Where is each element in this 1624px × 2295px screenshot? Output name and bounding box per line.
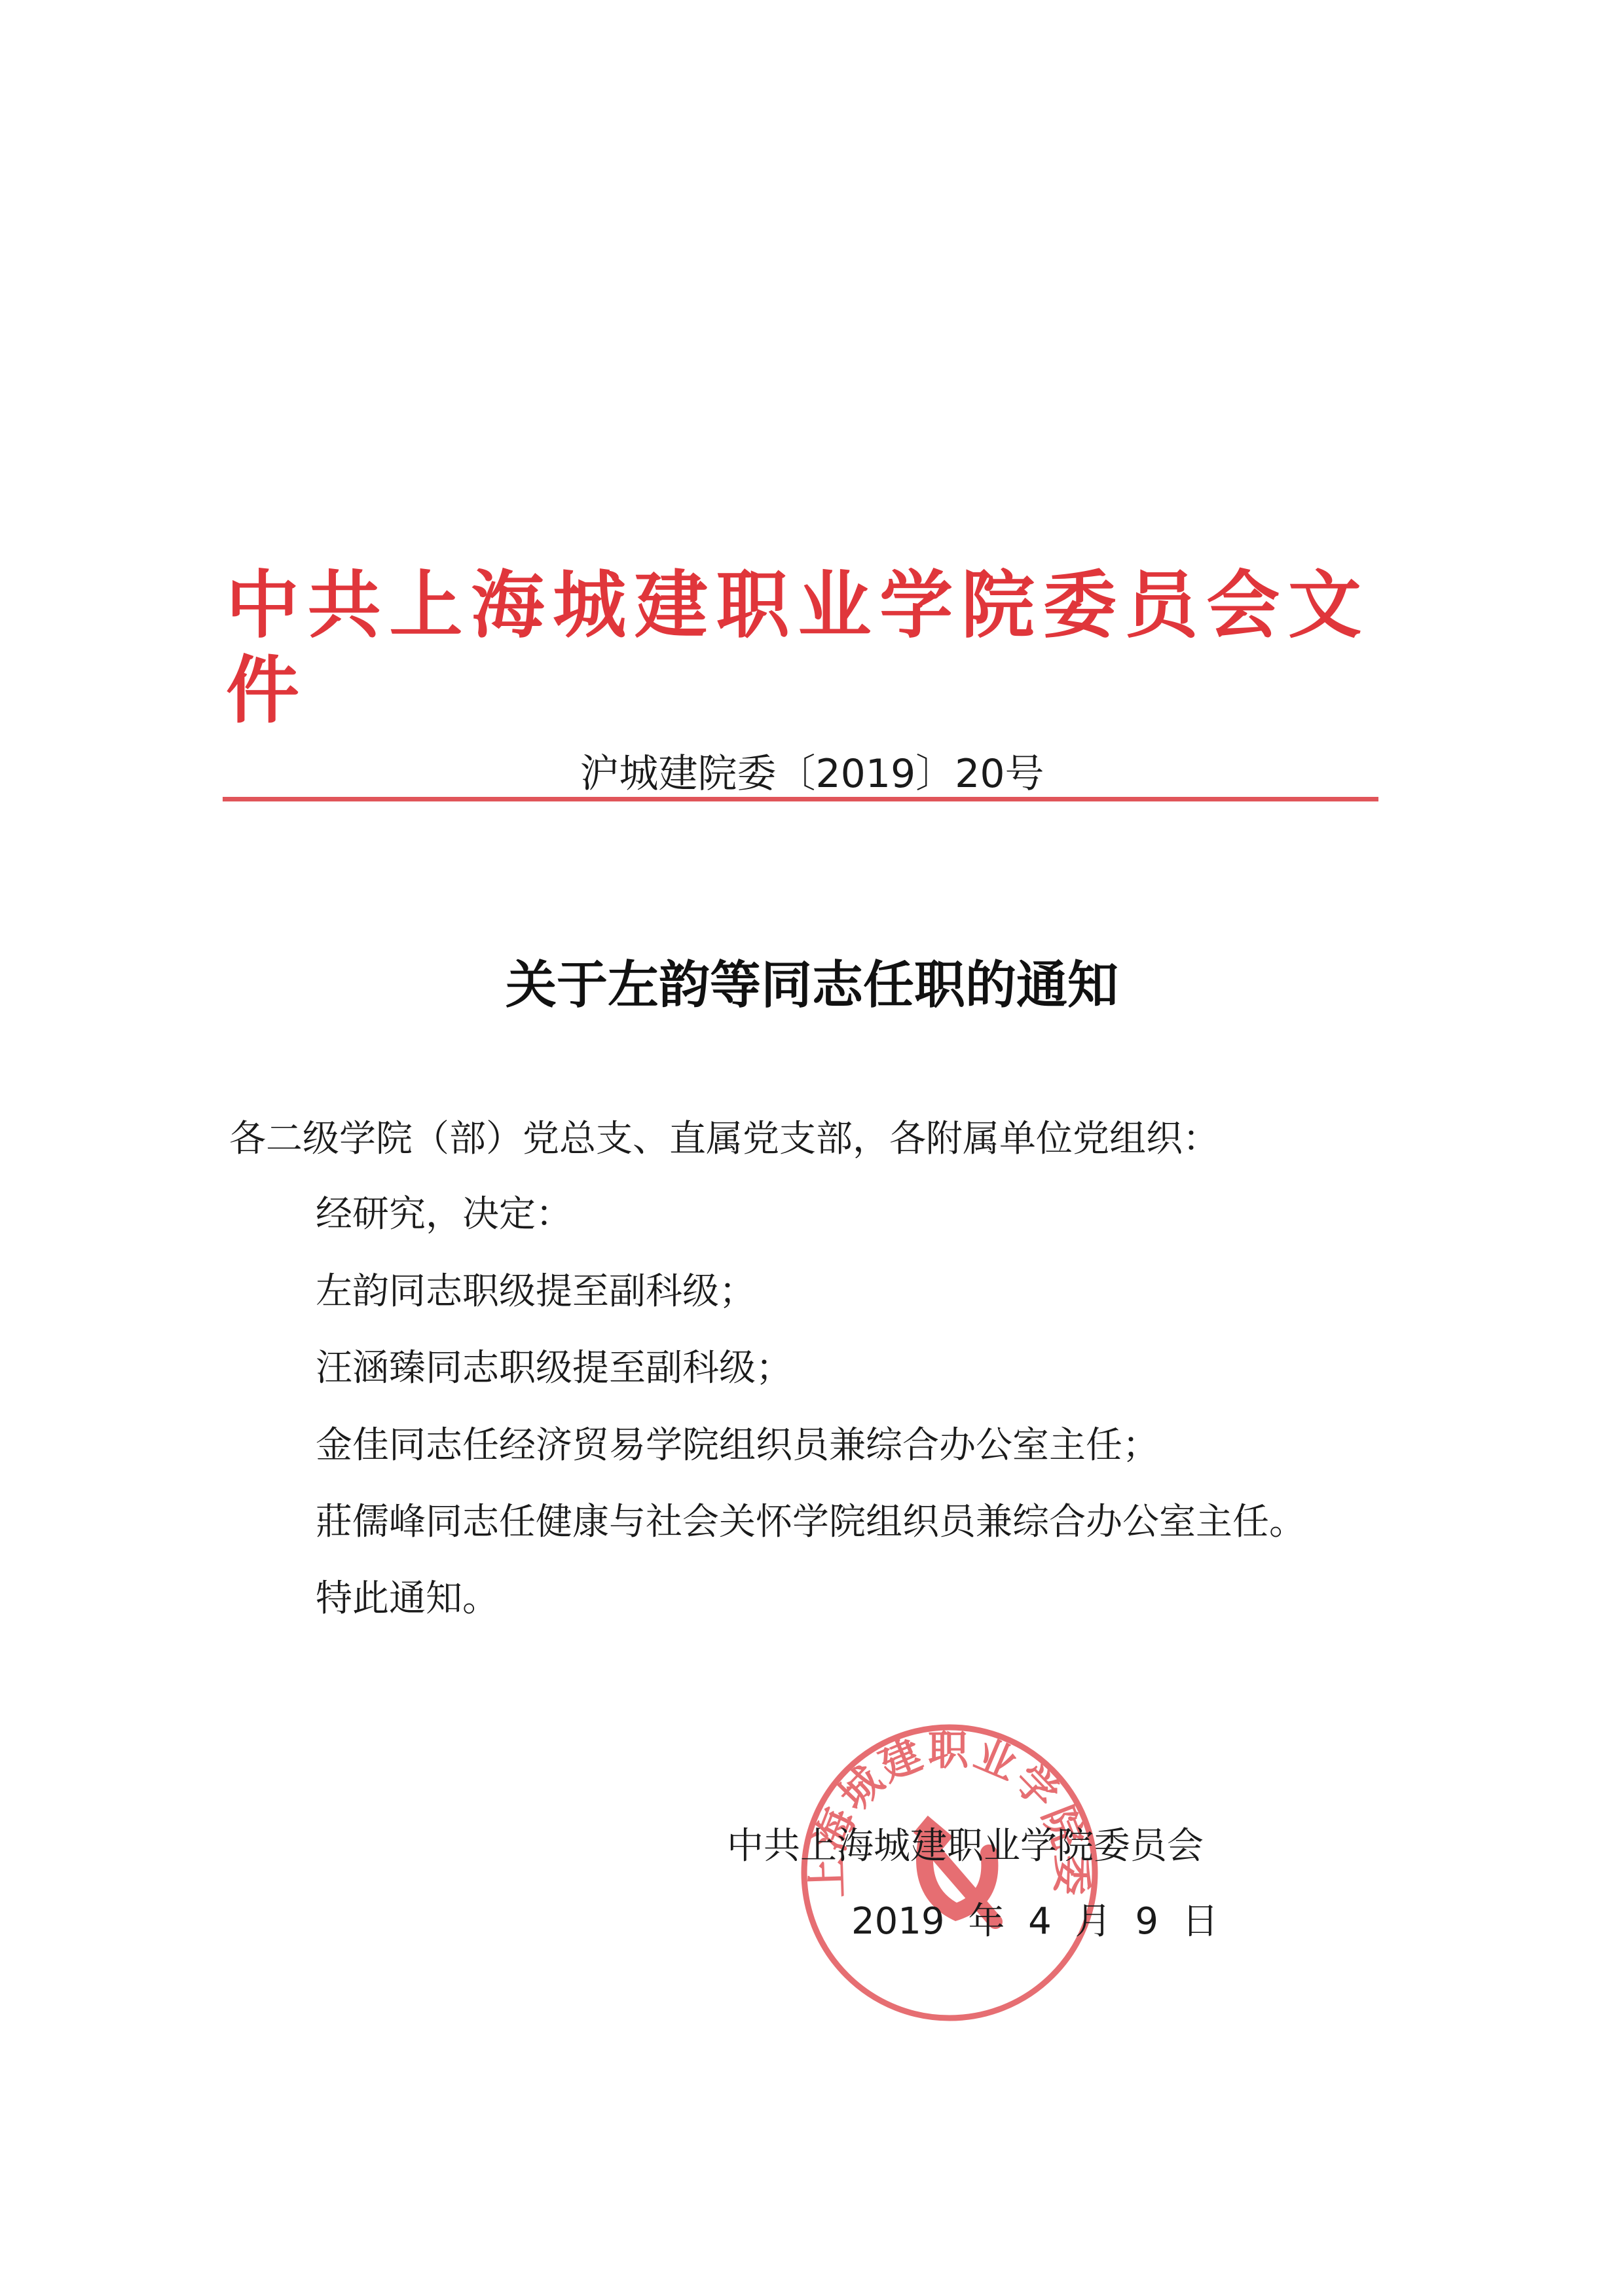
signature-organization: 中共上海城建职业学院委员会 (727, 1820, 1204, 1873)
paragraph: 金佳同志任经济贸易学院组织员兼综合办公室主任； (316, 1420, 1159, 1472)
signature-date: 2019 年 4 月 9 日 (851, 1896, 1219, 1948)
document-masthead: 中共上海城建职业学院委员会文件 (226, 563, 1365, 733)
red-divider (223, 797, 1378, 801)
document-page: 中共上海城建职业学院委员会文件 沪城建院委〔2019〕20号 关于左韵等同志任职… (0, 0, 1624, 2295)
paragraph: 经研究，决定： (316, 1188, 572, 1241)
paragraph: 特此通知。 (316, 1573, 499, 1625)
page-title: 关于左韵等同志任职的通知 (0, 953, 1624, 1018)
document-number: 沪城建院委〔2019〕20号 (0, 748, 1624, 800)
paragraph: 汪涵臻同志职级提至副科级； (316, 1342, 792, 1395)
salutation: 各二级学院（部）党总支、直属党支部，各附属单位党组织： (229, 1113, 1219, 1166)
paragraph: 左韵同志职级提至副科级； (316, 1266, 756, 1318)
paragraph: 莊儒峰同志任健康与社会关怀学院组织员兼综合办公室主任。 (316, 1496, 1306, 1549)
